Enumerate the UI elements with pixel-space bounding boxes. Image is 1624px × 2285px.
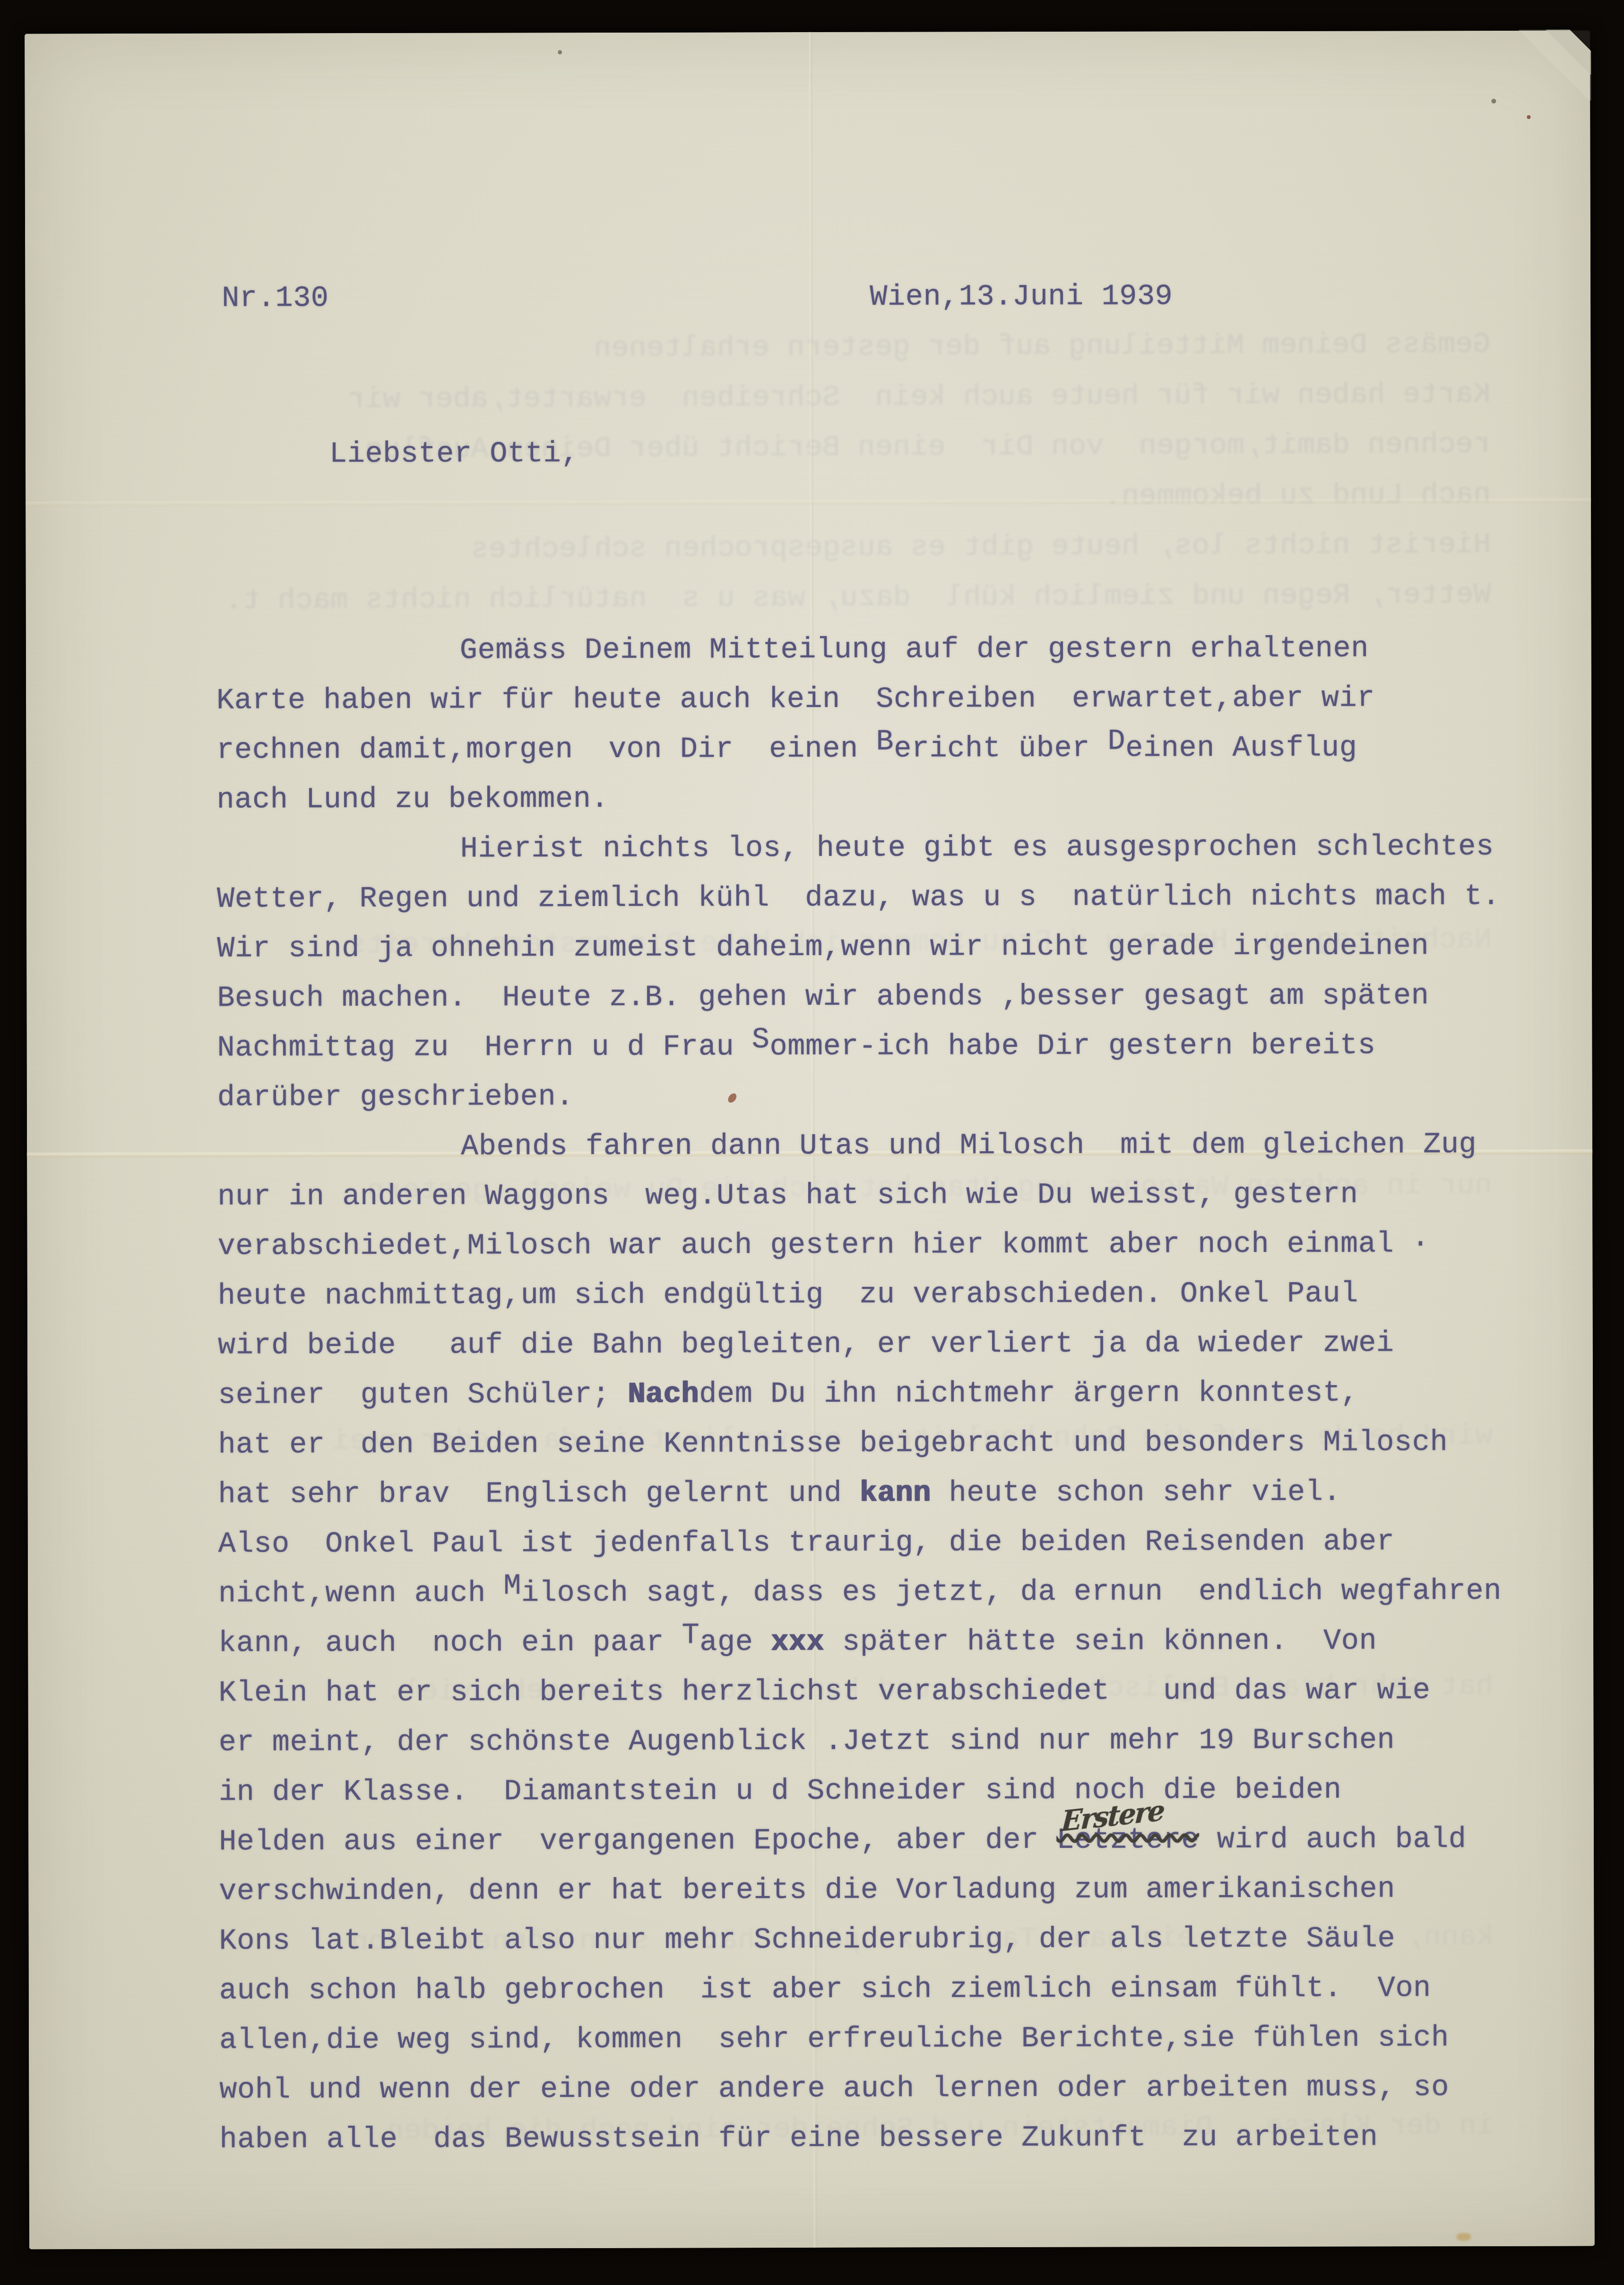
letter-line: Abends fahren dann Utas und Milosch mit … [217, 1128, 1477, 1164]
letter-line: Kons lat.Bleibt also nur mehr Schneideru… [219, 1922, 1395, 1957]
letter-date: Wien,13.Juni 1939 [870, 280, 1173, 313]
overstruck-word: kann [860, 1476, 931, 1509]
letter-line: rechnen damit,morgen von Dir einen Beric… [216, 732, 1357, 767]
letter-line: nur in anderen Waggons weg.Utas hat sich… [217, 1178, 1358, 1214]
overstruck-word: Nach [628, 1377, 699, 1411]
letter-line: seiner guten Schüler; Nachdem Du ihn nic… [218, 1377, 1358, 1412]
letter-line: Klein hat er sich bereits herzlichst ver… [218, 1674, 1430, 1709]
paper-stain [1457, 2233, 1471, 2241]
letter-line: Nachmittag zu Herrn u d Frau Sommer-ich … [217, 1029, 1376, 1064]
raised-letter: B [876, 725, 894, 759]
paper-speck [1491, 99, 1496, 103]
letter-line: Wetter, Regen und ziemlich kühl dazu, wa… [217, 880, 1500, 916]
scan-background: { "letter": { "number": "Nr.130", "date"… [0, 0, 1624, 2285]
struck-word: LetztereErstere [1056, 1823, 1199, 1857]
raised-letter: T [682, 1618, 700, 1652]
paper-speck [558, 50, 562, 54]
letter-line: er meint, der schönste Augenblick .Jetzt… [219, 1724, 1395, 1759]
letter-line: nach Lund zu bekommen. [216, 783, 609, 817]
letter-line: Hierist nichts los, heute gibt es ausges… [217, 830, 1494, 866]
bleedthrough-line: Wetter, Regen und ziemlich kühl dazu, wa… [186, 578, 1491, 617]
letter-line: Wir sind ja ohnehin zumeist daheim,wenn … [217, 930, 1429, 965]
letter-line: wohl und wenn der eine oder andere auch … [219, 2071, 1449, 2106]
letter-number: Nr.130 [222, 282, 328, 315]
raised-letter: D [1107, 724, 1125, 758]
raised-letter: S [752, 1023, 770, 1056]
bleedthrough-line: nach Lund zu bekommen. [186, 478, 1491, 517]
letter-page: Gemäss Deinem Mitteilung auf der gestern… [25, 31, 1595, 2250]
letter-line: nicht,wenn auch Milosch sagt, dass es je… [218, 1575, 1502, 1611]
letter-line: Gemäss Deinem Mitteilung auf der gestern… [216, 632, 1369, 668]
letter-line: allen,die weg sind, kommen sehr erfreuli… [219, 2021, 1449, 2057]
salutation: Liebster Otti, [329, 437, 579, 471]
fold-crease-horizontal-faint [26, 499, 1591, 507]
paper-speck [1527, 115, 1530, 119]
letter-body: Gemäss Deinem Mitteilung auf der gestern… [25, 31, 1590, 34]
letter-line: heute nachmittag,um sich endgültig zu ve… [218, 1277, 1358, 1313]
letter-line: in der Klasse. Diamantstein u d Schneide… [219, 1774, 1342, 1809]
bleedthrough-line: Karte haben wir für heute auch kein Schr… [186, 378, 1491, 417]
letter-line: darüber geschrieben. [217, 1080, 574, 1114]
paper-stain [726, 1092, 738, 1104]
letter-line: Besuch machen. Heute z.B. gehen wir aben… [217, 979, 1429, 1015]
letter-line: Also Onkel Paul ist jedenfalls traurig, … [218, 1525, 1395, 1561]
raised-letter: M [503, 1569, 521, 1603]
bleedthrough-line: Hierist nichts los, heute gibt es ausges… [186, 528, 1491, 567]
letter-line: hat er den Beiden seine Kenntnisse beige… [218, 1426, 1448, 1461]
letter-line: haben alle das Bewusstsein für eine bess… [219, 2121, 1378, 2156]
letter-line: verabschiedet,Milosch war auch gestern h… [217, 1227, 1429, 1263]
letter-line: wird beide auf die Bahn begleiten, er ve… [218, 1327, 1394, 1362]
letter-line: auch schon halb gebrochen ist aber sich … [219, 1972, 1431, 2007]
letter-line: Karte haben wir für heute auch kein Schr… [216, 681, 1375, 717]
letter-line: kann, auch noch ein paar Tage xxx später… [218, 1624, 1377, 1660]
overstruck-word: xxx [771, 1625, 824, 1659]
letter-line: verschwinden, denn er hat bereits die Vo… [219, 1872, 1395, 1908]
bleedthrough-line: Gemäss Deinem Mitteilung auf der gestern… [186, 328, 1490, 367]
letter-line: hat sehr brav Englisch gelernt und kann … [218, 1476, 1341, 1511]
letter-line: Helden aus einer vergangenen Epoche, abe… [219, 1823, 1467, 1859]
paper-corner-fold [1511, 30, 1591, 101]
